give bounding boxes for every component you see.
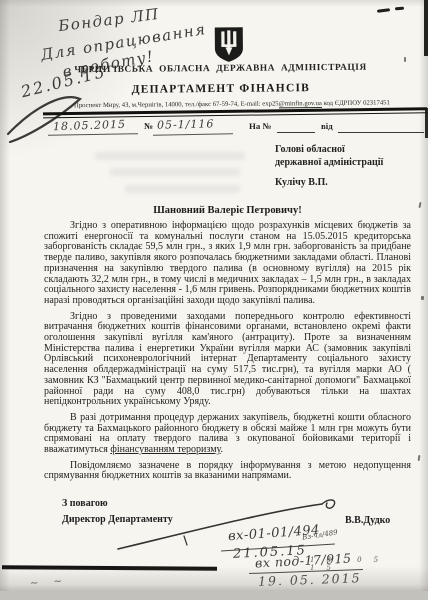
address-text: код ЄДРПОУ 02317451: [322, 99, 390, 107]
reply-to-number-label: На №: [249, 121, 271, 131]
recipient-block: Голові обласної державної адміністрації …: [275, 143, 425, 189]
department-name: ДЕПАРТАМЕНТ ФІНАНСІВ: [25, 81, 417, 96]
letter-body: Згідно з оперативною інформацією щодо ро…: [44, 221, 411, 487]
number-sign: №: [144, 121, 153, 131]
outgoing-number-underline: [153, 133, 233, 135]
underlined-phrase: фінансуванням тероризму: [110, 444, 220, 455]
scanned-letter-page: Бондар ЛП Для опрацювання в роботу! 22.0…: [0, 0, 428, 600]
reply-from-date-blank: [338, 132, 424, 133]
scan-speck: [421, 296, 424, 300]
bleed-through-ghost: [95, 152, 245, 160]
bleed-through-ghost: [110, 168, 240, 176]
signer-name: В.В.Дудко: [345, 515, 390, 526]
salutation: Шановний Валеріє Петровичу!: [44, 205, 411, 216]
scan-dash-artifact: [395, 7, 404, 10]
bleed-through-ghost: [125, 185, 240, 193]
scan-shade-right: [419, 0, 428, 600]
organization-name: ЧЕРНІГІВСЬКА ОБЛАСНА ДЕРЖАВНА АДМІНІСТРА…: [25, 62, 417, 75]
email-link-text: @minfin.gov.ua: [279, 100, 322, 108]
paragraph-4: Повідомляємо зазначене в порядку інформу…: [44, 461, 411, 482]
recipient-line: державної адміністрації: [275, 156, 425, 169]
recipient-line: Голові обласної: [275, 143, 425, 156]
scan-edge-artifact: [424, 0, 428, 56]
reply-from-date-label: від: [321, 121, 333, 131]
scan-bottom-strip: [0, 591, 428, 600]
scan-shade-top: [0, 0, 428, 7]
paragraph-3: В разі дотримання процедур держаних заку…: [44, 413, 411, 456]
ukraine-trident-icon: [213, 26, 244, 63]
paragraph-1: Згідно з оперативною інформацією щодо ро…: [44, 221, 411, 307]
paragraph-3-end: .: [221, 444, 224, 455]
recipient-name: Кулічу В.П.: [275, 176, 425, 189]
outgoing-date-handwritten: 18.05.2015: [53, 118, 126, 134]
paragraph-2: Згідно з проведеними заходами попередньо…: [44, 312, 411, 408]
scan-dash-artifact: [377, 8, 390, 12]
scan-speck: [404, 57, 406, 62]
reply-to-number-blank: [277, 132, 315, 133]
paragraph-3-text: В разі дотримання процедур держаних заку…: [44, 412, 411, 455]
outgoing-number-handwritten: 05-1/116: [157, 117, 215, 131]
address-text: Проспект Миру, 43, м.Чернігів, 14000, те…: [74, 100, 279, 109]
